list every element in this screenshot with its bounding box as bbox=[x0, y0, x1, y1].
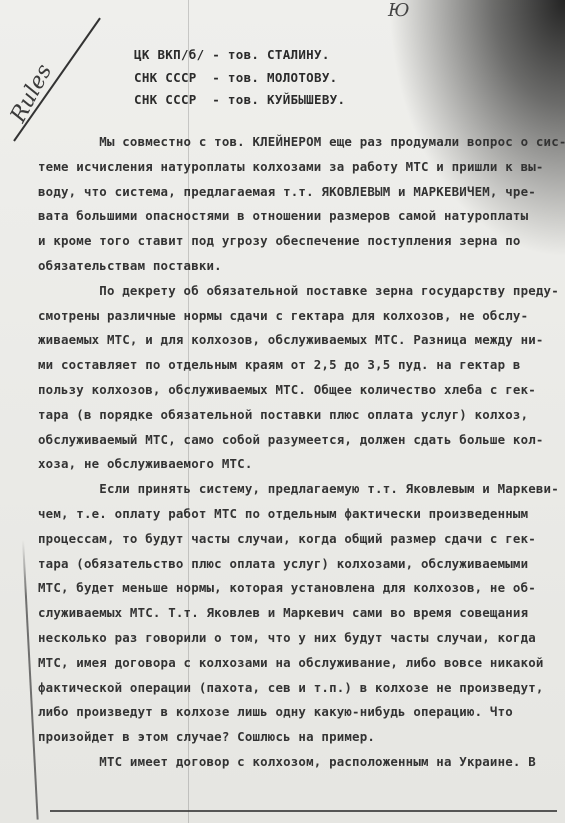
text-line: ми составляет по отдельным краям от 2,5 … bbox=[38, 353, 558, 378]
text-line: служиваемых МТС. Т.т. Яковлев и Маркевич… bbox=[38, 601, 558, 626]
text-line: МТС, имея договора с колхозами на обслуж… bbox=[38, 651, 558, 676]
addressee-line: ЦК ВКП/б/ - тов. СТАЛИНУ. bbox=[134, 44, 345, 67]
text-line: либо произведут в колхозе лишь одну каку… bbox=[38, 700, 558, 725]
text-line: МТС, будет меньше нормы, которая установ… bbox=[38, 576, 558, 601]
text-line: чем, т.е. оплату работ МТС по отдельным … bbox=[38, 502, 558, 527]
text-line: Если принять систему, предлагаемую т.т. … bbox=[38, 477, 558, 502]
addressee-org: СНК СССР bbox=[134, 70, 197, 85]
text-line: процессам, то будут часты случаи, когда … bbox=[38, 527, 558, 552]
addressee-block: ЦК ВКП/б/ - тов. СТАЛИНУ. СНК СССР - тов… bbox=[134, 44, 345, 112]
text-line: обязательствам поставки. bbox=[38, 254, 558, 279]
text-line: произойдет в этом случае? Сошлюсь на при… bbox=[38, 725, 558, 750]
addressee-recipient: тов. МОЛОТОВУ. bbox=[228, 70, 338, 85]
text-line: и кроме того ставит под угрозу обеспечен… bbox=[38, 229, 558, 254]
text-line: смотрены различные нормы сдачи с гектара… bbox=[38, 304, 558, 329]
text-line: пользу колхозов, обслуживаемых МТС. Обще… bbox=[38, 378, 558, 403]
addressee-org: СНК СССР bbox=[134, 92, 197, 107]
text-line: МТС имеет договор с колхозом, расположен… bbox=[38, 750, 558, 775]
text-line: несколько раз говорили о том, что у них … bbox=[38, 626, 558, 651]
text-line: теме исчисления натуроплаты колхозами за… bbox=[38, 155, 558, 180]
addressee-org: ЦК ВКП/б/ bbox=[134, 47, 204, 62]
paper-edge-left bbox=[22, 540, 39, 820]
addressee-recipient: тов. КУЙБЫШЕВУ. bbox=[228, 92, 345, 107]
text-line: тара (в порядке обязательной поставки пл… bbox=[38, 403, 558, 428]
text-line: воду, что система, предлагаемая т.т. ЯКО… bbox=[38, 180, 558, 205]
letter-body: Мы совместно с тов. КЛЕЙНЕРОМ еще раз пр… bbox=[38, 130, 558, 775]
text-line: тара (обязательство плюс оплата услуг) к… bbox=[38, 552, 558, 577]
paper-edge-bottom bbox=[50, 810, 557, 812]
addressee-recipient: тов. СТАЛИНУ. bbox=[228, 47, 330, 62]
text-line: обслуживаемый МТС, само собой разумеется… bbox=[38, 428, 558, 453]
text-line: Мы совместно с тов. КЛЕЙНЕРОМ еще раз пр… bbox=[38, 130, 558, 155]
handwritten-margin-note: Rules bbox=[6, 60, 57, 127]
addressee-line: СНК СССР - тов. КУЙБЫШЕВУ. bbox=[134, 89, 345, 112]
handwritten-top-note: Ю bbox=[388, 0, 409, 21]
text-line: живаемых МТС, и для колхозов, обслуживае… bbox=[38, 328, 558, 353]
text-line: вата большими опасностями в отношении ра… bbox=[38, 204, 558, 229]
addressee-line: СНК СССР - тов. МОЛОТОВУ. bbox=[134, 67, 345, 90]
text-line: хоза, не обслуживаемого МТС. bbox=[38, 452, 558, 477]
text-line: фактической операции (пахота, сев и т.п.… bbox=[38, 676, 558, 701]
document-page: Rules Ю ЦК ВКП/б/ - тов. СТАЛИНУ. СНК СС… bbox=[0, 0, 565, 823]
text-line: По декрету об обязательной поставке зерн… bbox=[38, 279, 558, 304]
